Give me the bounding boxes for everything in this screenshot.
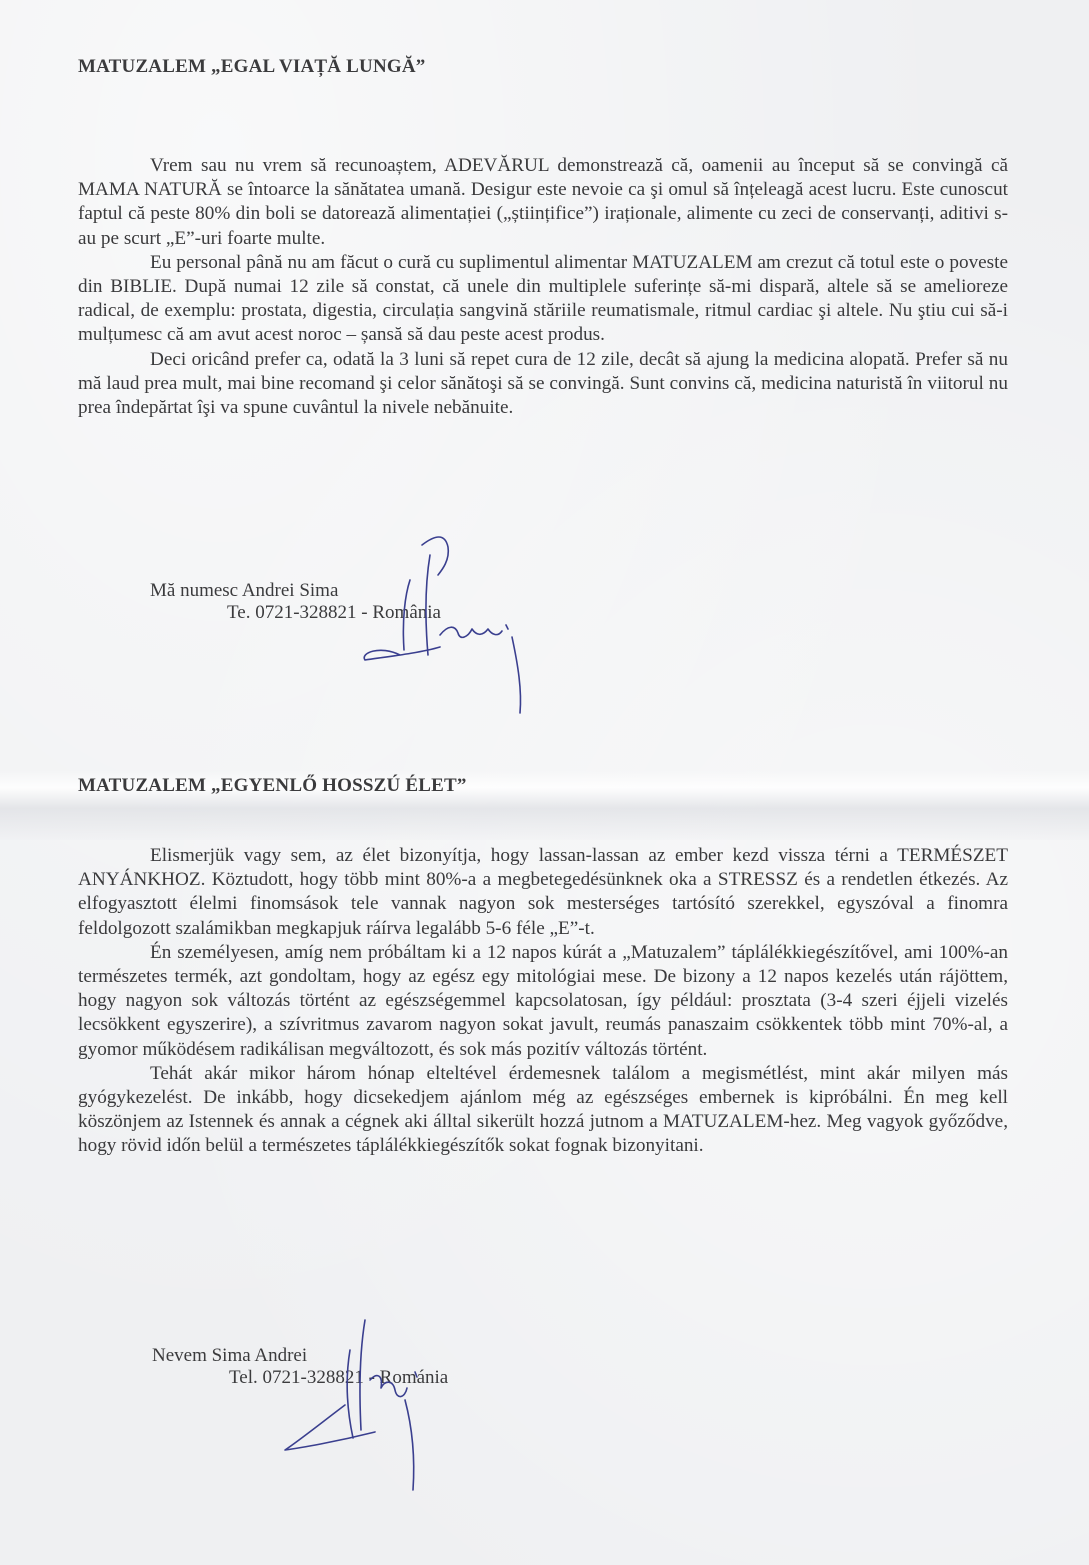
paragraph: Tehát akár mikor három hónap elteltével … xyxy=(78,1062,1008,1159)
letter-romanian: MATUZALEM „EGAL VIAȚĂ LUNGĂ” Vrem sau nu… xyxy=(78,56,1008,420)
handwritten-signature-icon xyxy=(330,525,550,725)
paragraph: Eu personal până nu am făcut o cură cu s… xyxy=(78,251,1008,348)
letter-hungarian: MATUZALEM „EGYENLŐ HOSSZÚ ÉLET” Elismerj… xyxy=(78,775,1008,1159)
handwritten-signature-icon xyxy=(255,1310,455,1510)
letter-body: Vrem sau nu vrem să recunoaștem, ADEVĂRU… xyxy=(78,154,1008,420)
paragraph: Deci oricând prefer ca, odată la 3 luni … xyxy=(78,348,1008,421)
scanned-page: MATUZALEM „EGAL VIAȚĂ LUNGĂ” Vrem sau nu… xyxy=(0,0,1089,1565)
paragraph: Elismerjük vagy sem, az élet bizonyítja,… xyxy=(78,844,1008,941)
paragraph: Vrem sau nu vrem să recunoaștem, ADEVĂRU… xyxy=(78,154,1008,251)
letter-heading: MATUZALEM „EGAL VIAȚĂ LUNGĂ” xyxy=(78,56,1008,78)
letter-heading: MATUZALEM „EGYENLŐ HOSSZÚ ÉLET” xyxy=(78,775,1008,797)
paragraph: Én személyesen, amíg nem próbáltam ki a … xyxy=(78,941,1008,1062)
letter-body: Elismerjük vagy sem, az élet bizonyítja,… xyxy=(78,844,1008,1159)
